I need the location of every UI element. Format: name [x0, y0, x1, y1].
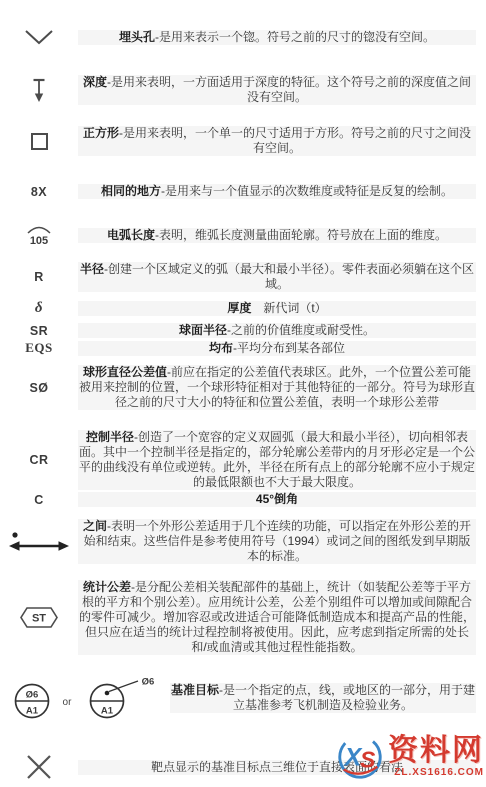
symbol-description: 深度-是用来表明，一方面适用于深度的特征。这个符号之前的深度值之间没有空间。 — [78, 75, 476, 105]
symbol-cell: ST — [0, 606, 78, 629]
symbol-description: 控制半径-创造了一个宽容的定义双圆弧（最大和最小半径），切向相邻表面。其中一个控… — [78, 430, 476, 490]
watermark-letter-s: S — [360, 747, 376, 773]
symbol-row-datum-target: Ø6A1orØ6A1基准目标-是一个指定的点，线，或地区的一部分，用于建立基准参… — [0, 674, 486, 722]
term-label: 球形直径公差值 — [83, 365, 167, 379]
symbol-row-radius: R半径-创建一个区域定义的弧（最大和最小半径）。零件表面必须躺在这个区域。 — [0, 262, 486, 292]
description-text: -平均分布到某各部位 — [233, 341, 345, 355]
term-label: 控制半径 — [86, 430, 134, 444]
symbol-row-depth: 深度-是用来表明，一方面适用于深度的特征。这个符号之前的深度值之间没有空间。 — [0, 75, 486, 105]
term-label: 之间 — [83, 519, 107, 533]
description-text: -创造了一个宽容的定义双圆弧（最大和最小半径），切向相邻表面。其中一个控制半径是… — [79, 430, 475, 489]
symbol-row-equal-spacing: EQS均布-平均分布到某各部位 — [0, 340, 486, 356]
symbol-cell: C — [0, 493, 78, 507]
symbol-cell: CR — [0, 453, 78, 467]
symbol-description: 埋头孔-是用来表示一个锪。符号之前的尺寸的锪没有空间。 — [78, 30, 476, 45]
svg-text:105: 105 — [30, 235, 48, 247]
symbol-cell: Ø6A1orØ6A1 — [0, 674, 170, 722]
equal-spacing-label: EQS — [25, 340, 53, 356]
symbol-row-spherical-radius: SR球面半径-之前的价值维度或耐受性。 — [0, 323, 486, 338]
term-label: 厚度 — [227, 301, 251, 315]
statistical-tolerance-icon: ST — [19, 606, 59, 629]
symbol-cell: EQS — [0, 340, 78, 356]
datum-target-point-icon — [24, 752, 54, 782]
svg-text:Ø6: Ø6 — [142, 677, 155, 688]
symbol-cell — [0, 752, 78, 782]
symbol-description: 厚度 新代词（t） — [78, 301, 476, 316]
term-label: 半径 — [80, 262, 104, 276]
symbol-description: 统计公差-是分配公差相关装配部件的基础上，统计（如装配公差等于平方根的平方和个别… — [78, 580, 476, 655]
watermark: X S 资料网 ZL.XS1616.COM — [334, 731, 484, 783]
description-text: -表明一个外形公差适用于几个连续的功能，可以指定在外形公差的开始和结束。这些信件… — [84, 519, 471, 563]
symbol-row-thickness: δ厚度 新代词（t） — [0, 300, 486, 317]
symbol-row-arc-length: 105电弧长度-表明，维弧长度测量曲面轮廓。符号放在上面的维度。 — [0, 224, 486, 247]
symbol-description: 均布-平均分布到某各部位 — [78, 341, 476, 356]
delta-label: δ — [35, 300, 43, 317]
symbol-row-controlled-radius: CR控制半径-创造了一个宽容的定义双圆弧（最大和最小半径），切向相邻表面。其中一… — [0, 430, 486, 490]
symbol-description: 电弧长度-表明，维弧长度测量曲面轮廓。符号放在上面的维度。 — [78, 228, 476, 243]
term-label: 球面半径 — [179, 323, 227, 337]
symbol-row-chamfer: C45°倒角 — [0, 492, 486, 507]
description-text: -表明，维弧长度测量曲面轮廓。符号放在上面的维度。 — [155, 228, 447, 242]
term-label: 45°倒角 — [256, 492, 298, 506]
watermark-site-name: 资料网 — [388, 736, 484, 766]
radius-label: R — [34, 270, 44, 284]
description-text: -之前的价值维度或耐受性。 — [227, 323, 375, 337]
symbol-description: 正方形-是用来表明，一个单一的尺寸适用于方形。符号之前的尺寸之间没有空间。 — [78, 126, 476, 156]
description-text: -是用来与一个值显示的次数维度或特征是反复的绘制。 — [161, 184, 453, 198]
svg-text:A1: A1 — [26, 706, 39, 717]
svg-text:Ø6: Ø6 — [26, 690, 39, 701]
symbol-cell — [0, 133, 78, 150]
description-text: -创建一个区域定义的弧（最大和最小半径）。零件表面必须躺在这个区域。 — [104, 262, 474, 291]
square-icon — [31, 133, 48, 150]
symbol-description: 球形直径公差值-前应在指定的公差值代表球区。此外，一个位置公差可能被用来控制的位… — [78, 365, 476, 410]
symbol-row-square: 正方形-是用来表明，一个单一的尺寸适用于方形。符号之前的尺寸之间没有空间。 — [0, 126, 486, 156]
term-label: 正方形 — [83, 126, 119, 140]
term-label: 相同的地方 — [101, 184, 161, 198]
symbol-description: 球面半径-之前的价值维度或耐受性。 — [78, 323, 476, 338]
countersink-icon — [24, 28, 54, 46]
symbol-description: 相同的地方-是用来与一个值显示的次数维度或特征是反复的绘制。 — [78, 184, 476, 199]
term-label: 基准目标 — [171, 683, 219, 697]
symbol-rows: 埋头孔-是用来表示一个锪。符号之前的尺寸的锪没有空间。深度-是用来表明，一方面适… — [0, 28, 486, 782]
symbol-description: 45°倒角 — [78, 492, 476, 507]
symbol-description: 基准目标-是一个指定的点，线，或地区的一部分，用于建立基准参考飞机制造及检验业务… — [170, 683, 476, 713]
symbol-cell: R — [0, 270, 78, 284]
spherical-radius-label: SR — [30, 324, 48, 338]
svg-text:ST: ST — [32, 613, 46, 625]
symbol-description: 之间-表明一个外形公差适用于几个连续的功能，可以指定在外形公差的开始和结束。这些… — [78, 519, 476, 564]
symbol-cell — [0, 77, 78, 104]
symbol-cell: 8X — [0, 185, 78, 199]
between-icon — [8, 529, 70, 555]
chamfer-label: C — [34, 493, 44, 507]
description-text: -是分配公差相关装配部件的基础上，统计（如装配公差等于平方根的平方和个别公差）。… — [79, 580, 475, 654]
description-text: 新代词（t） — [251, 301, 326, 315]
term-label: 深度 — [83, 75, 107, 89]
symbol-cell — [0, 529, 78, 555]
symbol-cell — [0, 28, 78, 46]
watermark-domain: ZL.XS1616.COM — [394, 767, 484, 778]
description-text: -是用来表明，一个单一的尺寸适用于方形。符号之前的尺寸之间没有空间。 — [119, 126, 471, 155]
gdt-symbol-reference-document: 埋头孔-是用来表示一个锪。符号之前的尺寸的锪没有空间。深度-是用来表明，一方面适… — [0, 0, 486, 787]
symbol-cell: 105 — [0, 224, 78, 247]
symbol-row-statistical-tolerance: ST统计公差-是分配公差相关装配部件的基础上，统计（如装配公差等于平方根的平方和… — [0, 580, 486, 655]
watermark-logo: X S — [334, 731, 386, 783]
symbol-row-places: 8X相同的地方-是用来与一个值显示的次数维度或特征是反复的绘制。 — [0, 184, 486, 199]
places-count-label: 8X — [31, 185, 47, 199]
term-label: 均布 — [209, 341, 233, 355]
symbol-cell: SR — [0, 324, 78, 338]
term-label: 埋头孔 — [119, 30, 155, 44]
depth-icon — [31, 77, 47, 104]
datum-target-icon: Ø6A1orØ6A1 — [7, 674, 163, 722]
symbol-cell: δ — [0, 300, 78, 317]
symbol-row-spherical-diameter: SØ球形直径公差值-前应在指定的公差值代表球区。此外，一个位置公差可能被用来控制… — [0, 365, 486, 410]
term-label: 电弧长度 — [107, 228, 155, 242]
arc-length-icon: 105 — [23, 224, 55, 247]
svg-text:or: or — [63, 697, 73, 708]
controlled-radius-label: CR — [29, 453, 48, 467]
description-text: -是用来表明，一方面适用于深度的特征。这个符号之前的深度值之间没有空间。 — [107, 75, 471, 104]
symbol-row-countersink: 埋头孔-是用来表示一个锪。符号之前的尺寸的锪没有空间。 — [0, 28, 486, 46]
description-text: -是用来表示一个锪。符号之前的尺寸的锪没有空间。 — [155, 30, 435, 44]
svg-text:A1: A1 — [101, 706, 114, 717]
description-text: -是一个指定的点，线，或地区的一部分，用于建立基准参考飞机制造及检验业务。 — [219, 683, 475, 712]
symbol-description: 半径-创建一个区域定义的弧（最大和最小半径）。零件表面必须躺在这个区域。 — [78, 262, 476, 292]
symbol-cell: SØ — [0, 381, 78, 395]
term-label: 统计公差 — [83, 580, 131, 594]
spherical-diameter-label: SØ — [29, 381, 48, 395]
symbol-row-between: 之间-表明一个外形公差适用于几个连续的功能，可以指定在外形公差的开始和结束。这些… — [0, 519, 486, 564]
